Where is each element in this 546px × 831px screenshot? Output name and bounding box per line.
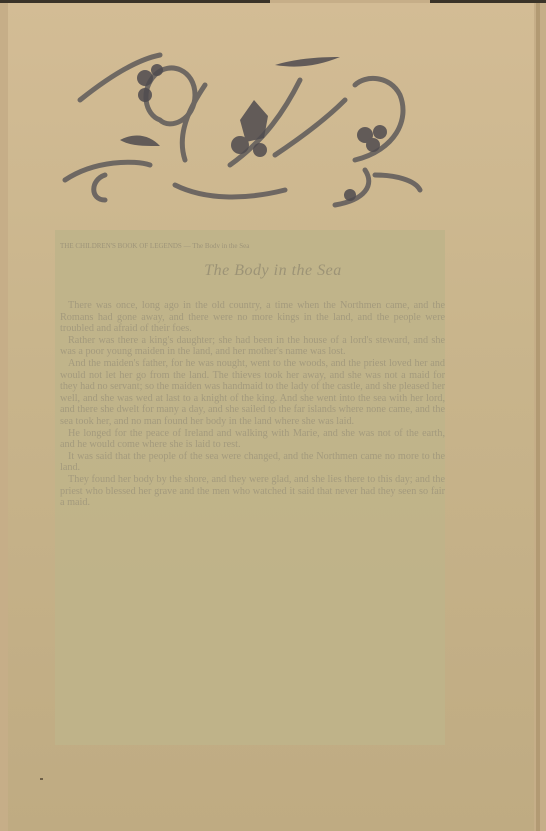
- paragraph: It was said that the people of the sea w…: [60, 451, 445, 474]
- floral-ornament-icon: [45, 40, 435, 215]
- chapter-title: The Body in the Sea: [0, 262, 546, 280]
- paragraph: And the maiden's father, for he was noug…: [60, 358, 445, 428]
- chapter-body: There was once, long ago in the old coun…: [60, 300, 445, 509]
- paragraph: They found her body by the shore, and th…: [60, 474, 445, 509]
- page-edge: [536, 0, 540, 831]
- paragraph: He longed for the peace of Ireland and w…: [60, 428, 445, 451]
- paragraph: There was once, long ago in the old coun…: [60, 300, 445, 335]
- page-speck: [40, 778, 43, 780]
- paragraph: Rather was there a king's daughter; she …: [60, 335, 445, 358]
- running-header: THE CHILDREN'S BOOK OF LEGENDS — The Bod…: [60, 242, 445, 248]
- scan-border-gap: [270, 0, 430, 3]
